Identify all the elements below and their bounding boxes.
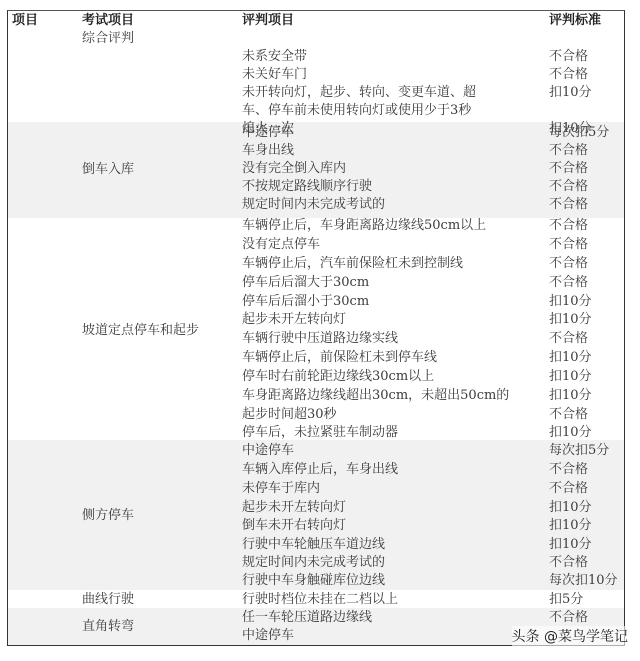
table-row-standard: 不合格 <box>549 178 588 196</box>
section-name: 直角转弯 <box>82 618 134 636</box>
table-row-item: 车、停车前未使用转向灯或使用少于3秒 <box>242 102 471 120</box>
table-row-item: 未停车于库内 <box>242 480 320 498</box>
table-row-standard: 不合格 <box>549 160 588 178</box>
table-row-standard: 每次扣5分 <box>549 124 609 142</box>
table-row-standard: 扣10分 <box>549 349 592 367</box>
section-name: 曲线行驶 <box>82 591 134 609</box>
section-name: 坡道定点停车和起步 <box>82 322 199 340</box>
table-row-standard: 每次扣5分 <box>549 442 609 460</box>
header-item: 项目 <box>12 12 38 30</box>
table-row-standard: 扣10分 <box>549 387 592 405</box>
table-row-item: 停车后后溜小于30cm <box>242 293 369 311</box>
table-row-item: 行驶中车身触碰库位边线 <box>242 572 385 590</box>
table-row-standard: 扣10分 <box>549 517 592 535</box>
table-row-item: 停车后，未拉紧驻车制动器 <box>242 424 398 442</box>
table-row-standard: 不合格 <box>549 609 588 627</box>
section-name: 综合评判 <box>82 30 134 48</box>
table-row-standard: 不合格 <box>549 66 588 84</box>
table-row-item: 行驶中车轮触压车道边线 <box>242 536 385 554</box>
table-row-item: 中途停车 <box>242 627 294 645</box>
table-row-item: 车辆停止后，汽车前保险杠未到控制线 <box>242 255 463 273</box>
table-row-standard: 不合格 <box>549 406 588 424</box>
table-row-item: 车辆停止后，车身距离路边缘线50cm以上 <box>242 217 486 235</box>
table-row-item: 停车时右前轮距边缘线30cm以上 <box>242 368 434 386</box>
table-row-standard: 扣10分 <box>549 311 592 329</box>
table-row-item: 车辆行驶中压道路边缘实线 <box>242 330 398 348</box>
table-row-item: 规定时间内未完成考试的 <box>242 554 385 572</box>
table-row-standard: 不合格 <box>549 48 588 66</box>
table-row-item: 中途停车 <box>242 124 294 142</box>
table-row-standard: 不合格 <box>549 255 588 273</box>
table-row-item: 没有完全倒入库内 <box>242 160 346 178</box>
table-row-item: 没有定点停车 <box>242 236 320 254</box>
header-judgement-item: 评判项目 <box>242 12 294 30</box>
table-row-item: 规定时间内未完成考试的 <box>242 196 385 214</box>
table-row-standard: 不合格 <box>549 142 588 160</box>
table-row-standard: 扣10分 <box>549 293 592 311</box>
table-row-item: 倒车未开右转向灯 <box>242 517 346 535</box>
table-row-item: 车辆停止后，前保险杠未到停车线 <box>242 349 437 367</box>
table-row-standard: 不合格 <box>549 196 588 214</box>
table-row-item: 未开转向灯，起步、转向、变更车道、超 <box>242 84 476 102</box>
table-row-item: 停车后后溜大于30cm <box>242 274 369 292</box>
table-row-standard: 扣5分 <box>549 591 583 609</box>
table-row-item: 车身出线 <box>242 142 294 160</box>
scoring-table: 项目 考试项目 评判项目 评判标准 综合评判 未系安全带 不合格 未关好车门 不… <box>7 10 625 646</box>
table-row-item: 车身距离路边缘线超出30cm，未超出50cm的 <box>242 387 509 405</box>
table-row-item: 中途停车 <box>242 442 294 460</box>
table-row-standard: 不合格 <box>549 236 588 254</box>
table-row-standard: 不合格 <box>549 554 588 572</box>
table-row-standard: 扣10分 <box>549 424 592 442</box>
watermark: 头条 @菜鸟学笔记 <box>512 626 628 646</box>
table-row-standard: 不合格 <box>549 217 588 235</box>
table-row-standard: 每次扣10分 <box>549 572 618 590</box>
table-row-item: 车辆入库停止后，车身出线 <box>242 461 398 479</box>
table-row-standard: 不合格 <box>549 274 588 292</box>
section-name: 倒车入库 <box>82 161 134 179</box>
table-row-item: 起步未开左转向灯 <box>242 499 346 517</box>
section-name: 侧方停车 <box>82 507 134 525</box>
header-exam-item: 考试项目 <box>82 12 134 30</box>
table-row-standard: 不合格 <box>549 330 588 348</box>
table-row-item: 起步未开左转向灯 <box>242 311 346 329</box>
table-row-standard: 扣10分 <box>549 536 592 554</box>
table-row-item: 未关好车门 <box>242 66 307 84</box>
header-standard: 评判标准 <box>549 12 601 30</box>
table-row-item: 任一车轮压道路边缘线 <box>242 609 372 627</box>
table-row-standard: 不合格 <box>549 480 588 498</box>
table-row-standard: 不合格 <box>549 461 588 479</box>
table-row-standard: 扣10分 <box>549 368 592 386</box>
table-row-item: 不按规定路线顺序行驶 <box>242 178 372 196</box>
table-row-item: 未系安全带 <box>242 48 307 66</box>
table-row-item: 行驶时档位未挂在二档以上 <box>242 591 398 609</box>
table-row-standard: 扣10分 <box>549 499 592 517</box>
table-row-item: 起步时间超30秒 <box>242 406 337 424</box>
table-row-standard: 扣10分 <box>549 84 592 102</box>
